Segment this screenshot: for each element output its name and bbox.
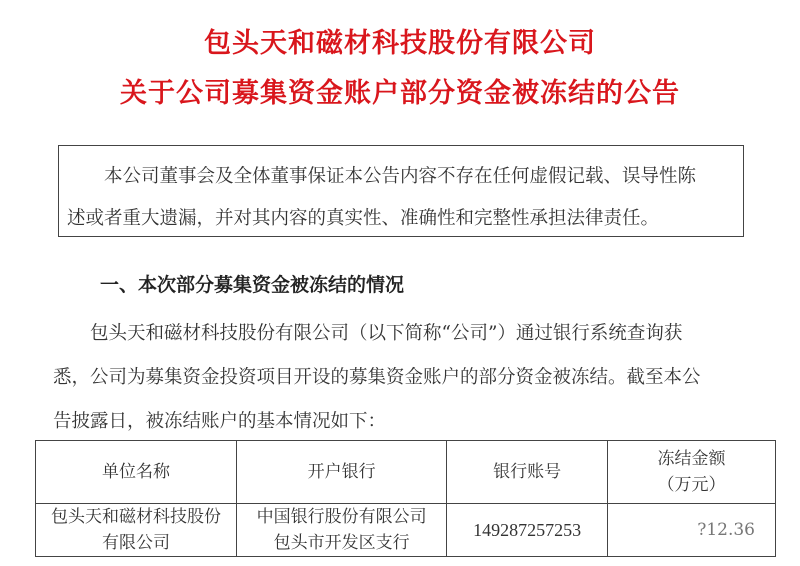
table-header-row: 单位名称 开户银行 银行账号 冻结金额 （万元） — [36, 441, 776, 504]
header-account-no: 银行账号 — [447, 441, 608, 504]
announcement-title: 关于公司募集资金账户部分资金被冻结的公告 — [0, 78, 800, 110]
disclaimer-box: 本公司董事会及全体董事保证本公告内容不存在任何虚假记载、误导性陈 述或者重大遗漏… — [58, 145, 744, 237]
cell-account-no: 149287257253 — [447, 504, 608, 557]
paragraph-line: 包头天和磁材科技股份有限公司（以下简称“公司”）通过银行系统查询获 — [53, 312, 753, 356]
unit-name-line-2: 有限公司 — [40, 530, 232, 556]
table-row: 包头天和磁材科技股份 有限公司 中国银行股份有限公司 包头市开发区支行 1492… — [36, 504, 776, 557]
cell-bank: 中国银行股份有限公司 包头市开发区支行 — [236, 504, 446, 557]
header-bank: 开户银行 — [236, 441, 446, 504]
cell-frozen-amount: ?12.36 — [607, 504, 775, 557]
header-frozen-amount: 冻结金额 （万元） — [607, 441, 775, 504]
paragraph-line: 悉，公司为募集资金投资项目开设的募集资金账户的部分资金被冻结。截至本公 — [53, 356, 753, 400]
bank-line-1: 中国银行股份有限公司 — [241, 504, 442, 530]
header-frozen-amount-label: 冻结金额 — [612, 446, 771, 472]
header-unit-name: 单位名称 — [36, 441, 237, 504]
section-heading: 一、本次部分募集资金被冻结的情况 — [100, 270, 404, 297]
paragraph-line: 告披露日，被冻结账户的基本情况如下： — [53, 400, 753, 444]
company-title: 包头天和磁材科技股份有限公司 — [0, 28, 800, 60]
cell-unit-name: 包头天和磁材科技股份 有限公司 — [36, 504, 237, 557]
bank-line-2: 包头市开发区支行 — [241, 530, 442, 556]
frozen-account-table: 单位名称 开户银行 银行账号 冻结金额 （万元） 包头天和磁材科技股份 有限公司… — [35, 440, 776, 557]
section-paragraph: 包头天和磁材科技股份有限公司（以下简称“公司”）通过银行系统查询获 悉，公司为募… — [53, 312, 753, 444]
disclaimer-line-2: 述或者重大遗漏，并对其内容的真实性、准确性和完整性承担法律责任。 — [67, 198, 735, 240]
disclaimer-line-1: 本公司董事会及全体董事保证本公告内容不存在任何虚假记载、误导性陈 — [67, 156, 735, 198]
header-frozen-amount-unit: （万元） — [612, 472, 771, 498]
unit-name-line-1: 包头天和磁材科技股份 — [40, 504, 232, 530]
